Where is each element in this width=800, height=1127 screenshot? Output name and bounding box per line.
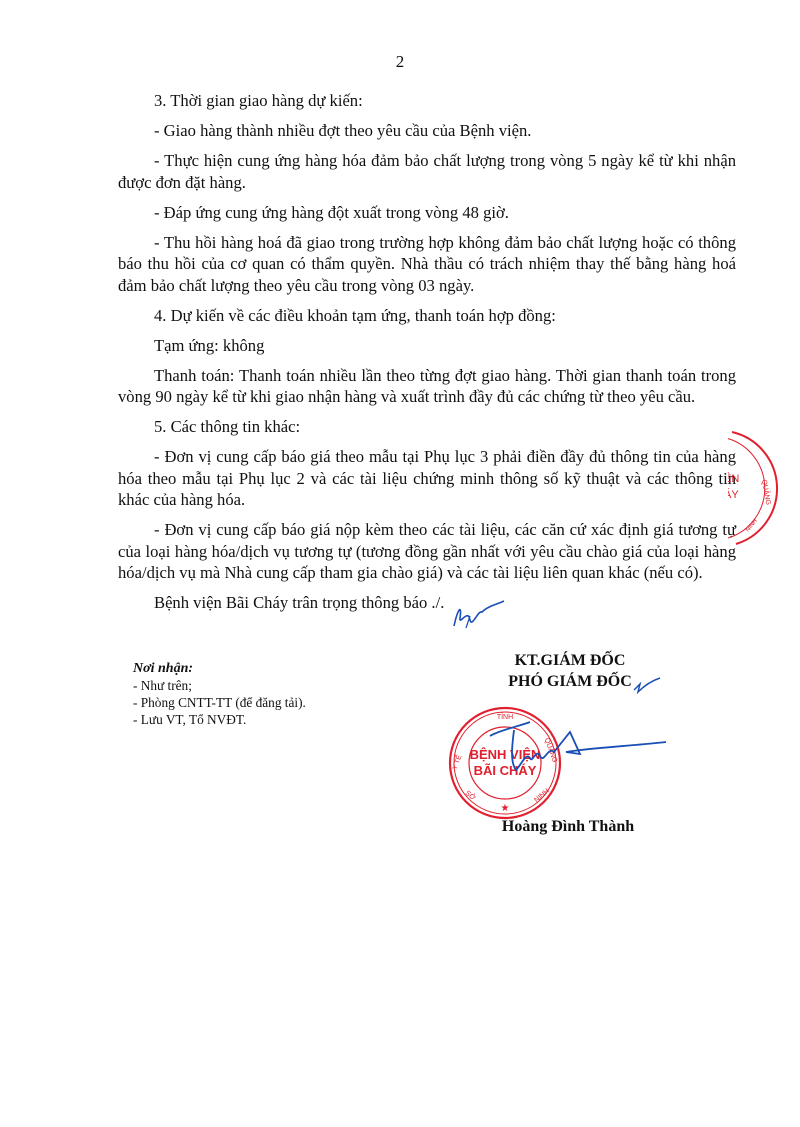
paragraph: - Thực hiện cung ứng hàng hóa đảm bảo ch…	[118, 150, 736, 193]
recipients-title: Nơi nhận:	[133, 660, 306, 677]
paragraph: - Thu hồi hàng hoá đã giao trong trường …	[118, 232, 736, 297]
svg-text:ÁY: ÁY	[728, 488, 739, 501]
paragraph: - Đáp ứng cung ứng hàng đột xuất trong v…	[118, 202, 736, 224]
svg-text:NINH: NINH	[745, 518, 759, 533]
section-5-heading: 5. Các thông tin khác:	[118, 416, 736, 438]
svg-text:QUẢNG: QUẢNG	[760, 479, 773, 506]
paragraph: - Đơn vị cung cấp báo giá nộp kèm theo c…	[118, 519, 736, 584]
svg-text:SỞ: SỞ	[464, 788, 478, 802]
section-4-heading: 4. Dự kiến về các điều khoản tạm ứng, th…	[118, 305, 736, 327]
signer-name: Hoàng Đình Thành	[468, 818, 668, 836]
recipient-item: - Lưu VT, Tổ NVĐT.	[133, 711, 306, 728]
paragraph: - Đơn vị cung cấp báo giá theo mẫu tại P…	[118, 446, 736, 511]
check-mark-icon	[632, 676, 662, 694]
paragraph: Thanh toán: Thanh toán nhiều lần theo từ…	[118, 365, 736, 408]
page-number: 2	[0, 52, 800, 72]
paragraph: Tạm ứng: không	[118, 335, 736, 357]
section-3-heading: 3. Thời gian giao hàng dự kiến:	[118, 90, 736, 112]
paragraph: - Giao hàng thành nhiều đợt theo yêu cầu…	[118, 120, 736, 142]
closing-line: Bệnh viện Bãi Cháy trân trọng thông báo …	[118, 592, 736, 614]
recipient-item: - Như trên;	[133, 677, 306, 694]
director-signature-icon	[470, 712, 670, 782]
svg-text:★: ★	[501, 803, 510, 814]
initials-signature-icon	[448, 598, 508, 632]
document-body: 3. Thời gian giao hàng dự kiến: - Giao h…	[118, 90, 736, 622]
recipient-item: - Phòng CNTT-TT (để đăng tải).	[133, 694, 306, 711]
signature-line-1: KT.GIÁM ĐỐC	[470, 650, 670, 671]
edge-stamp-icon: QUẢNG ỆN ÁY NINH	[728, 428, 800, 548]
svg-text:ỆN: ỆN	[728, 472, 739, 485]
recipients-list: Nơi nhận: - Như trên; - Phòng CNTT-TT (đ…	[133, 660, 306, 728]
